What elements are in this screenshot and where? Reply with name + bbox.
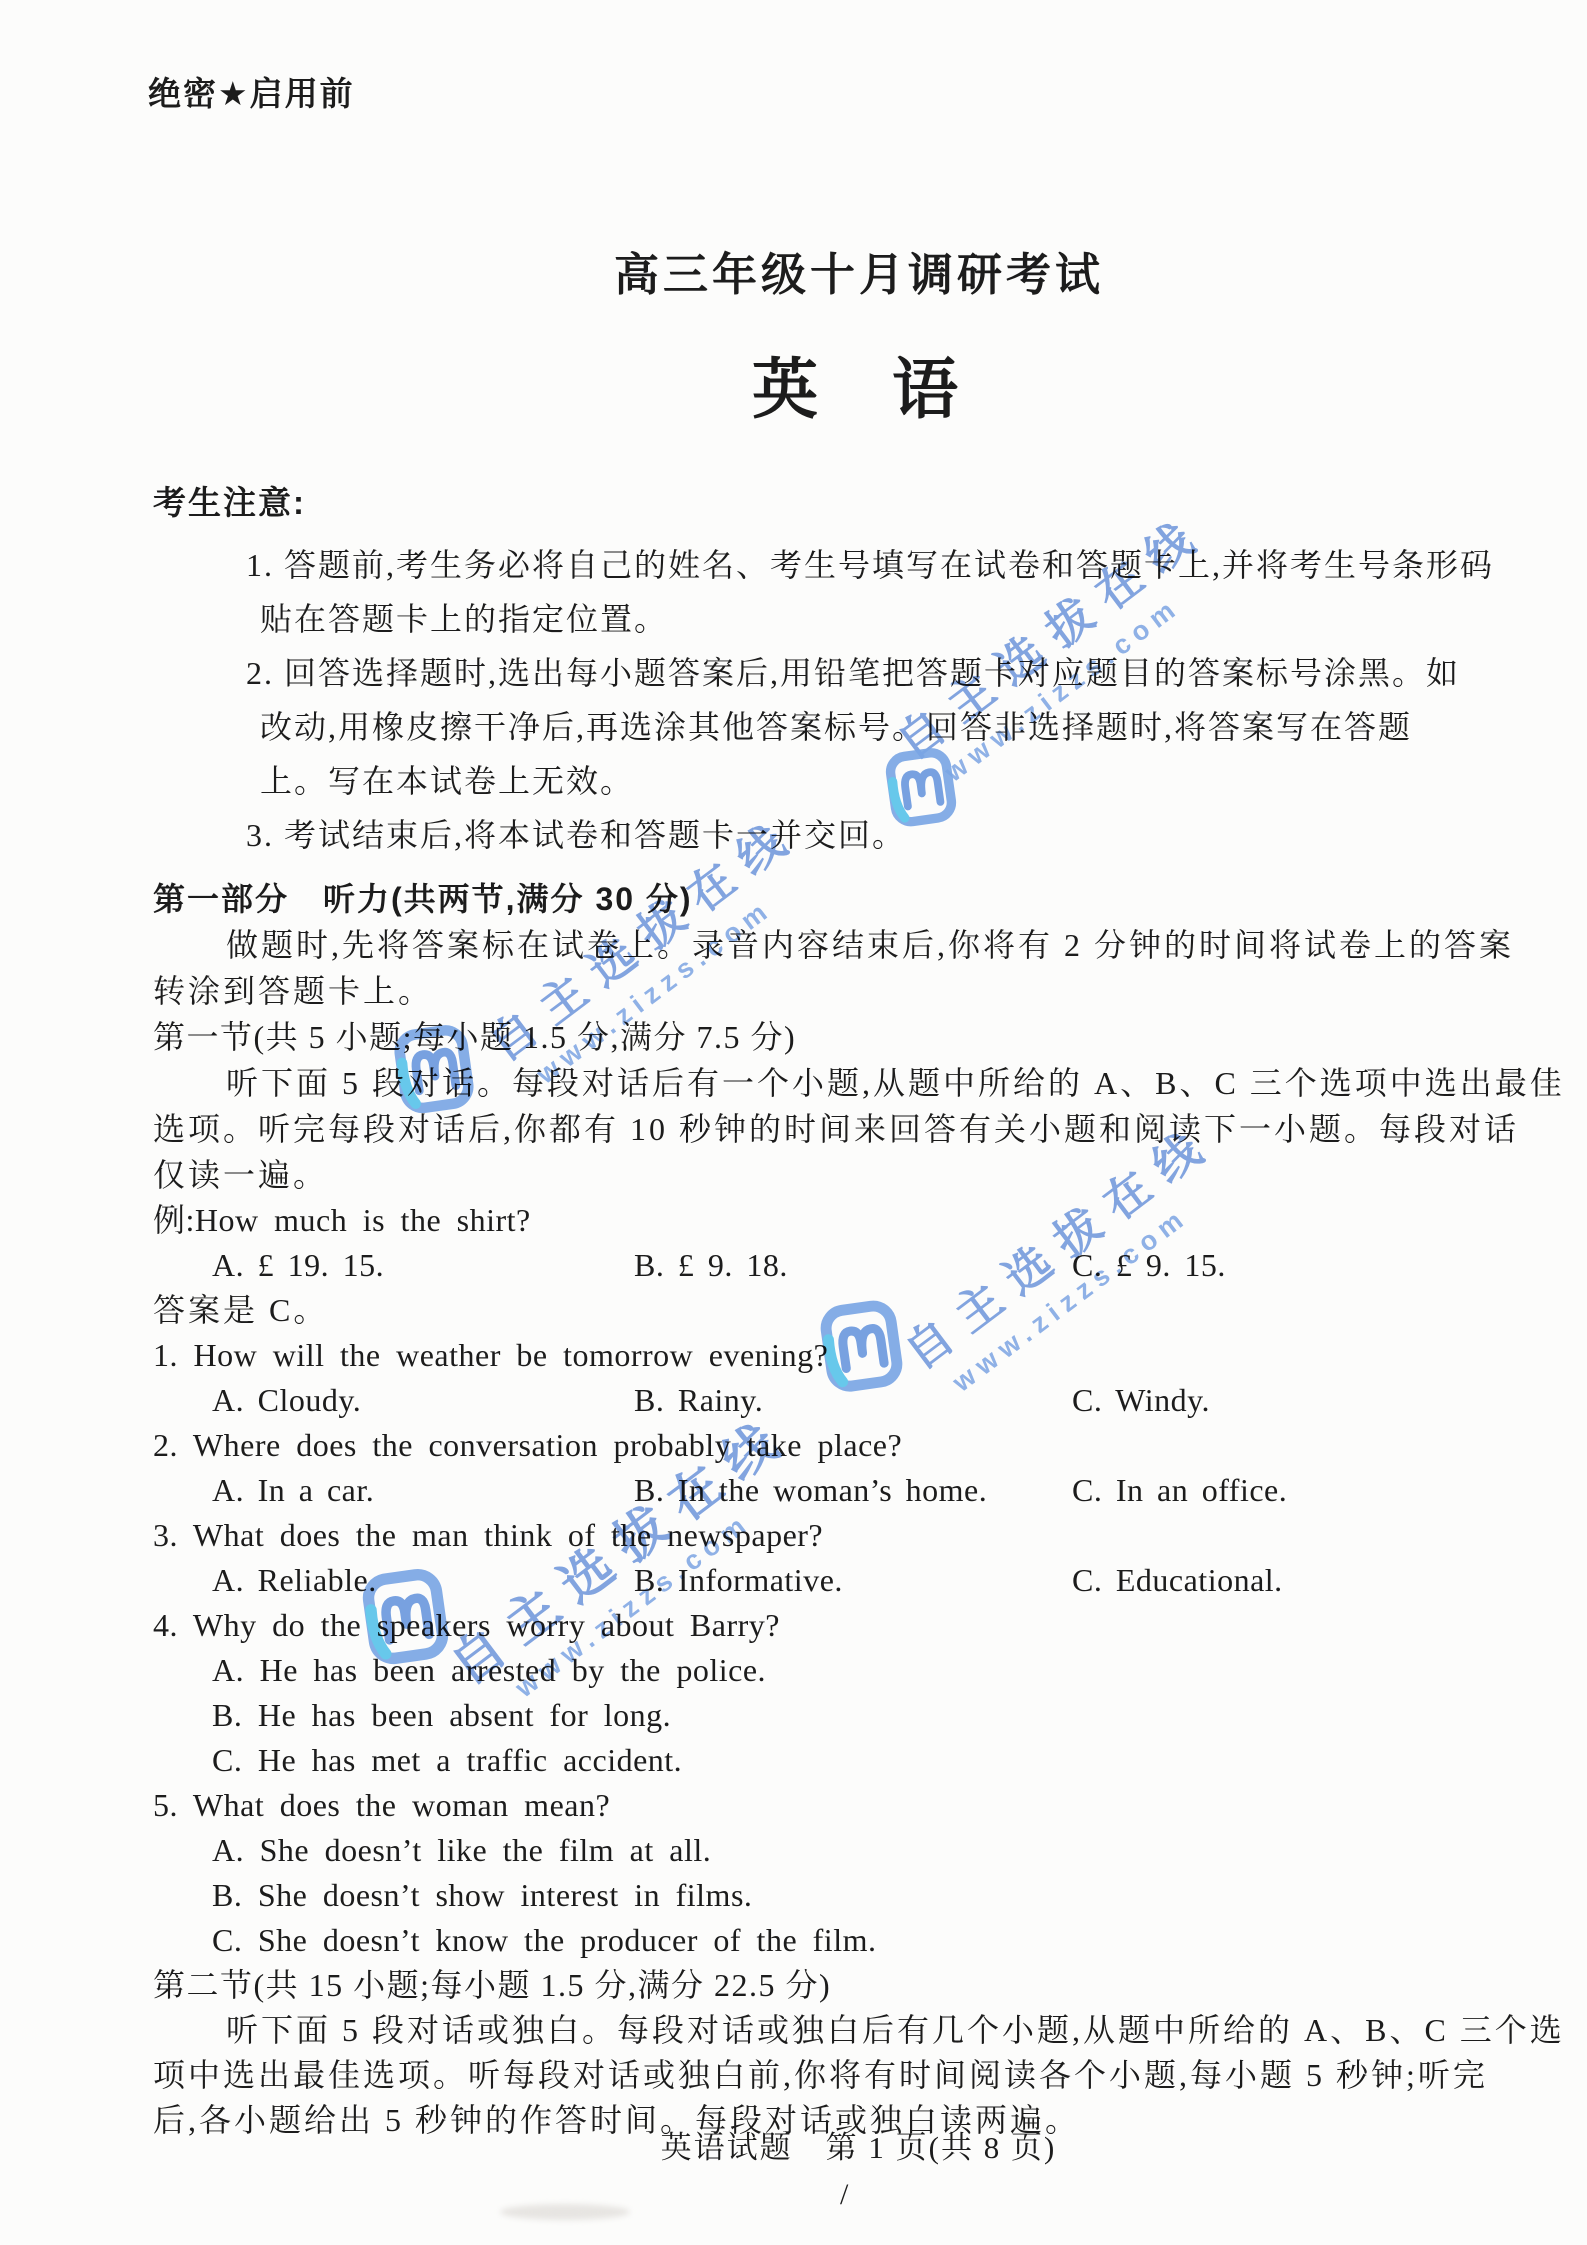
exam-title: 高三年级十月调研考试 <box>614 238 1104 303</box>
question-3-option-c: C. Educational. <box>1072 1558 1587 1603</box>
candidate-notice: 考生注意: 1. 答题前,考生务必将自己的姓名、考生号填写在试卷和答题卡上,并将… <box>153 480 1587 862</box>
section1-para-line-2: 选项。听完每段对话后,你都有 10 秒钟的时间来回答有关小题和阅读下一小题。每段… <box>153 1106 1587 1152</box>
example-answer: 答案是 C。 <box>153 1288 1587 1333</box>
notice-heading: 考生注意: <box>153 480 1587 538</box>
example-option-b: B. £ 9. 18. <box>634 1243 1072 1288</box>
question-2-option-a: A. In a car. <box>212 1468 634 1513</box>
question-5-text: 5. What does the woman mean? <box>153 1783 1587 1828</box>
question-4-text: 4. Why do the speakers worry about Barry… <box>153 1603 1587 1648</box>
question-3-options-row: A. Reliable. B. Informative. C. Educatio… <box>153 1558 1587 1603</box>
question-3-text: 3. What does the man think of the newspa… <box>153 1513 1587 1558</box>
exam-body: 第一部分 听力(共两节,满分 30 分) 做题时,先将答案标在试卷上。录音内容结… <box>153 876 1587 2143</box>
question-5-option-a: A. She doesn’t like the film at all. <box>153 1828 1587 1873</box>
section2-para-line-1: 听下面 5 段对话或独白。每段对话或独白后有几个小题,从题中所给的 A、B、C … <box>153 2008 1587 2053</box>
question-2-option-b: B. In the woman’s home. <box>634 1468 1072 1513</box>
stray-pen-mark: / <box>840 2178 848 2212</box>
exam-paper-page: 绝密★启用前 高三年级十月调研考试 英 语 考生注意: 1. 答题前,考生务必将… <box>0 0 1587 2245</box>
question-3-option-a: A. Reliable. <box>212 1558 634 1603</box>
scan-smudge <box>500 2204 630 2220</box>
subject-title: 英 语 <box>752 336 958 431</box>
question-2-options-row: A. In a car. B. In the woman’s home. C. … <box>153 1468 1587 1513</box>
question-1-option-b: B. Rainy. <box>634 1378 1072 1423</box>
example-question: 例:How much is the shirt? <box>153 1198 1587 1243</box>
question-1-options-row: A. Cloudy. B. Rainy. C. Windy. <box>153 1378 1587 1423</box>
question-4-option-a: A. He has been arrested by the police. <box>153 1648 1587 1693</box>
notice-item-2-line-2: 改动,用橡皮擦干净后,再选涂其他答案标号。回答非选择题时,将答案写在答题 <box>153 700 1587 754</box>
page-footer: 英语试题 第 1 页(共 8 页) <box>65 2122 1587 2167</box>
section2-heading: 第二节(共 15 小题;每小题 1.5 分,满分 22.5 分) <box>153 1963 1587 2008</box>
example-options-row: A. £ 19. 15. B. £ 9. 18. C. £ 9. 15. <box>153 1243 1587 1288</box>
part1-para-line-1: 做题时,先将答案标在试卷上。录音内容结束后,你将有 2 分钟的时间将试卷上的答案 <box>153 922 1587 968</box>
question-2-text: 2. Where does the conversation probably … <box>153 1423 1587 1468</box>
question-5-option-b: B. She doesn’t show interest in films. <box>153 1873 1587 1918</box>
question-3-option-b: B. Informative. <box>634 1558 1072 1603</box>
part1-para-line-2: 转涂到答题卡上。 <box>153 968 1587 1014</box>
question-1-option-a: A. Cloudy. <box>212 1378 634 1423</box>
notice-item-2-line-1: 2. 回答选择题时,选出每小题答案后,用铅笔把答题卡对应题目的答案标号涂黑。如 <box>153 646 1587 700</box>
classification-label: 绝密★启用前 <box>148 68 355 115</box>
notice-item-3-line-1: 3. 考试结束后,将本试卷和答题卡一并交回。 <box>153 808 1587 862</box>
notice-item-1-line-1: 1. 答题前,考生务必将自己的姓名、考生号填写在试卷和答题卡上,并将考生号条形码 <box>153 538 1587 592</box>
subject-char-1: 英 <box>752 336 818 431</box>
subject-char-2: 语 <box>892 336 958 431</box>
example-option-c: C. £ 9. 15. <box>1072 1243 1587 1288</box>
notice-item-1-line-2: 贴在答题卡上的指定位置。 <box>153 592 1587 646</box>
question-2-option-c: C. In an office. <box>1072 1468 1587 1513</box>
question-5-option-c: C. She doesn’t know the producer of the … <box>153 1918 1587 1963</box>
question-4-option-c: C. He has met a traffic accident. <box>153 1738 1587 1783</box>
notice-item-2-line-3: 上。写在本试卷上无效。 <box>153 754 1587 808</box>
example-option-a: A. £ 19. 15. <box>212 1243 634 1288</box>
part1-heading: 第一部分 听力(共两节,满分 30 分) <box>153 876 1587 922</box>
section1-para-line-3: 仅读一遍。 <box>153 1152 1587 1198</box>
section1-heading: 第一节(共 5 小题;每小题 1.5 分,满分 7.5 分) <box>153 1014 1587 1060</box>
section1-para-line-1: 听下面 5 段对话。每段对话后有一个小题,从题中所给的 A、B、C 三个选项中选… <box>153 1060 1587 1106</box>
question-1-option-c: C. Windy. <box>1072 1378 1587 1423</box>
section2-para-line-2: 项中选出最佳选项。听每段对话或独白前,你将有时间阅读各个小题,每小题 5 秒钟;… <box>153 2053 1587 2098</box>
question-4-option-b: B. He has been absent for long. <box>153 1693 1587 1738</box>
question-1-text: 1. How will the weather be tomorrow even… <box>153 1333 1587 1378</box>
